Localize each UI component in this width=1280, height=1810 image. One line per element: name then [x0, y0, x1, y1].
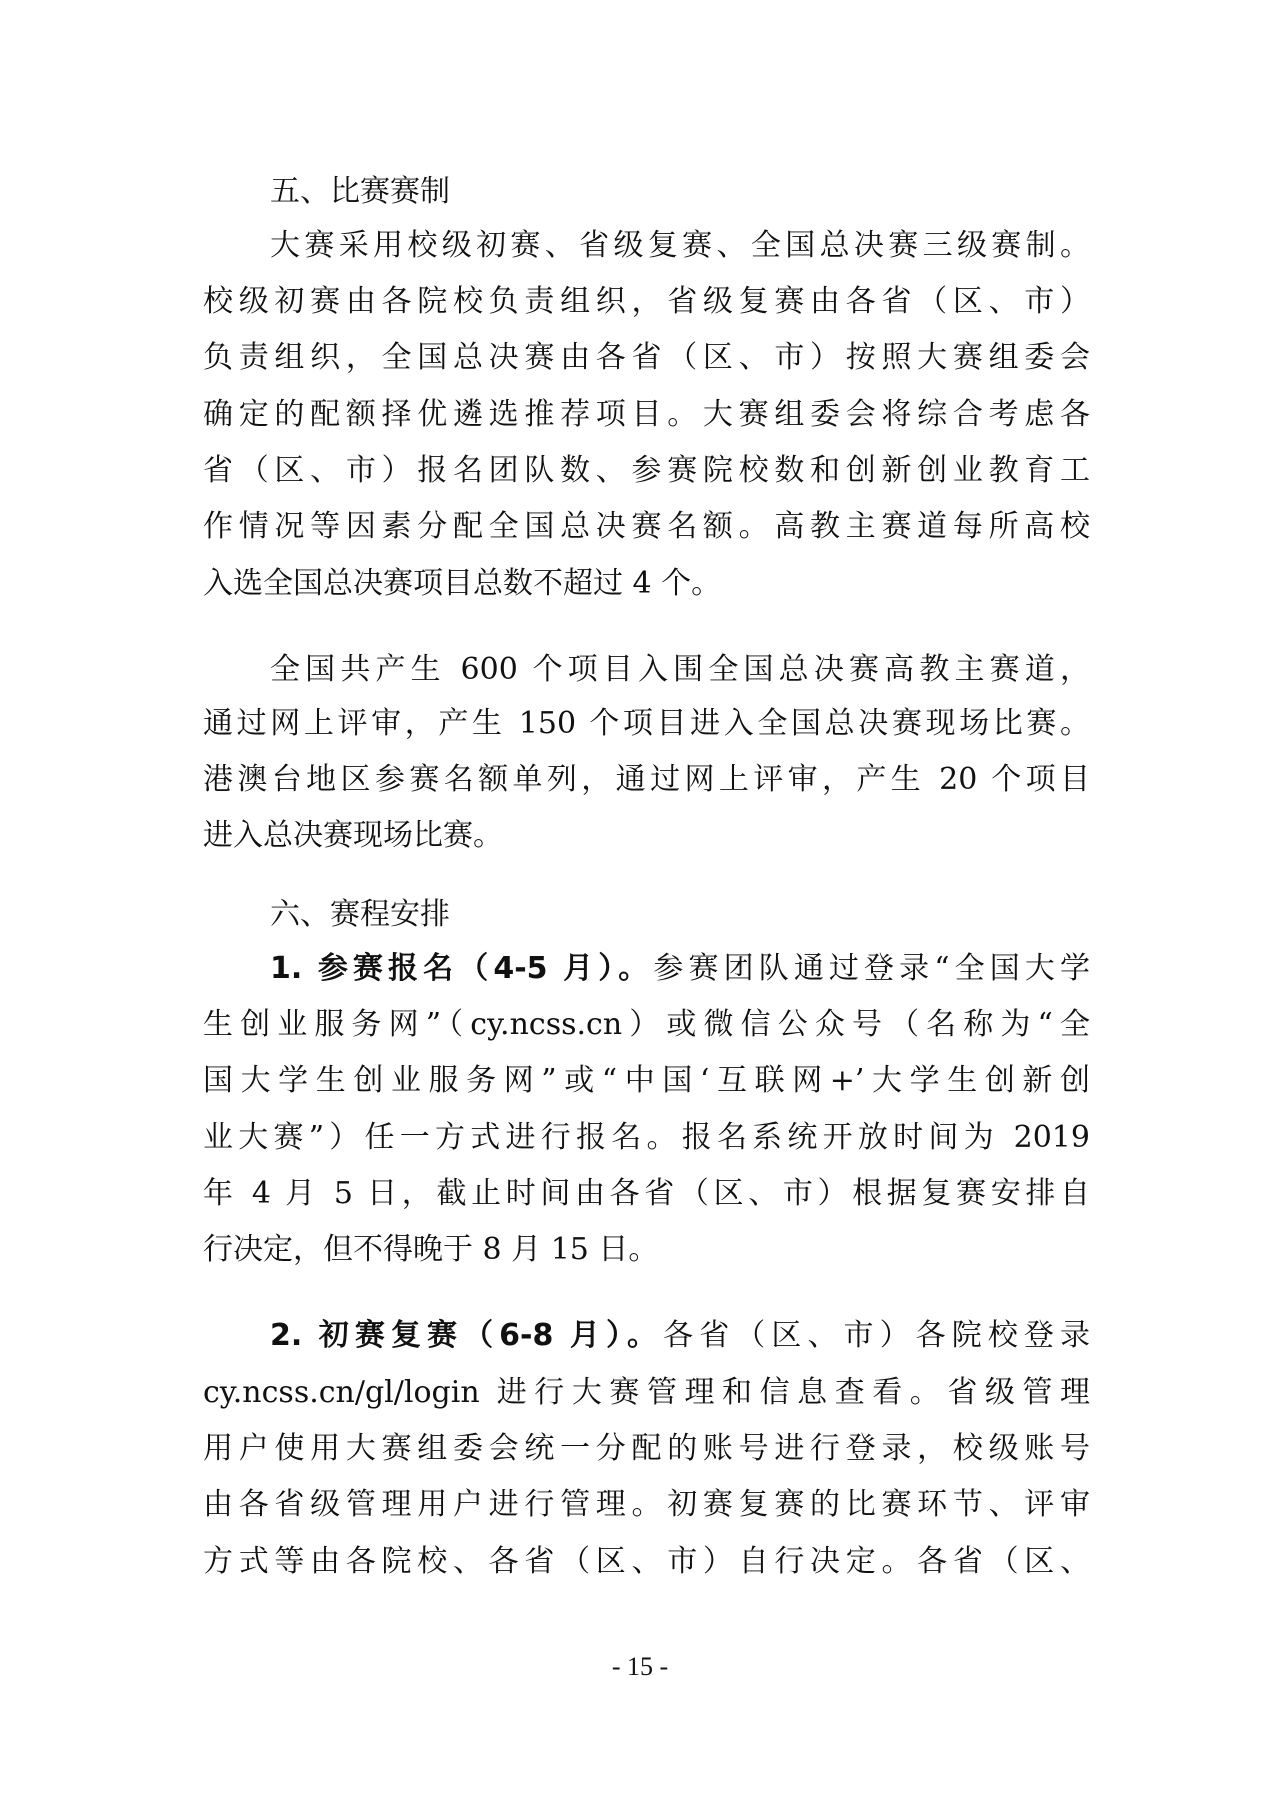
item-1-title: 1. 参赛报名（4-5 月）。 — [270, 951, 653, 986]
item-1-text: 参赛团队通过登录“全国大学 — [653, 951, 1090, 986]
paragraph-line: 生创业服务网”（cy.ncss.cn）或微信公众号（名称为“全 — [203, 1003, 1090, 1047]
paragraph-line: 进入总决赛现场比赛。 — [203, 814, 1090, 858]
paragraph-line: 港澳台地区参赛名额单列，通过网上评审，产生 20 个项目 — [203, 758, 1090, 802]
section-heading-5: 五、比赛赛制 — [270, 170, 450, 214]
paragraph-line: 校级初赛由各院校负责组织，省级复赛由各省（区、市） — [203, 280, 1090, 324]
item-2-title: 2. 初赛复赛（6-8 月）。 — [270, 1318, 663, 1353]
item-2-first-line: 2. 初赛复赛（6-8 月）。各省（区、市）各院校登录 — [270, 1314, 1090, 1358]
paragraph-line: 作情况等因素分配全国总决赛名额。高教主赛道每所高校 — [203, 505, 1090, 549]
paragraph-line: 业大赛”）任一方式进行报名。报名系统开放时间为 2019 — [203, 1116, 1090, 1160]
paragraph-line: 通过网上评审，产生 150 个项目进入全国总决赛现场比赛。 — [203, 702, 1090, 746]
section-heading-6: 六、赛程安排 — [270, 893, 450, 937]
paragraph-line: 入选全国总决赛项目总数不超过 4 个。 — [203, 562, 1090, 606]
paragraph-line: 负责组织，全国总决赛由各省（区、市）按照大赛组委会 — [203, 336, 1090, 380]
paragraph-line: 国大学生创业服务网”或“中国‘互联网+’大学生创新创 — [203, 1059, 1090, 1103]
item-2-text: 各省（区、市）各院校登录 — [663, 1318, 1090, 1353]
paragraph-line: 全国共产生 600 个项目入围全国总决赛高教主赛道， — [270, 648, 1090, 692]
paragraph-line: 年 4 月 5 日，截止时间由各省（区、市）根据复赛安排自 — [203, 1172, 1090, 1216]
page-number: - 15 - — [0, 1652, 1280, 1682]
paragraph-line: 大赛采用校级初赛、省级复赛、全国总决赛三级赛制。 — [270, 224, 1090, 268]
paragraph-line: 由各省级管理用户进行管理。初赛复赛的比赛环节、评审 — [203, 1483, 1090, 1527]
paragraph-line: 行决定，但不得晚于 8 月 15 日。 — [203, 1228, 1090, 1272]
paragraph-line: 省（区、市）报名团队数、参赛院校数和创新创业教育工 — [203, 449, 1090, 493]
item-1-first-line: 1. 参赛报名（4-5 月）。参赛团队通过登录“全国大学 — [270, 947, 1090, 991]
paragraph-line: cy.ncss.cn/gl/login 进行大赛管理和信息查看。省级管理 — [203, 1371, 1090, 1415]
paragraph-line: 方式等由各院校、各省（区、市）自行决定。各省（区、 — [203, 1540, 1090, 1584]
paragraph-line: 确定的配额择优遴选推荐项目。大赛组委会将综合考虑各 — [203, 393, 1090, 437]
document-page: 五、比赛赛制 大赛采用校级初赛、省级复赛、全国总决赛三级赛制。 校级初赛由各院校… — [0, 0, 1280, 1810]
paragraph-line: 用户使用大赛组委会统一分配的账号进行登录，校级账号 — [203, 1427, 1090, 1471]
